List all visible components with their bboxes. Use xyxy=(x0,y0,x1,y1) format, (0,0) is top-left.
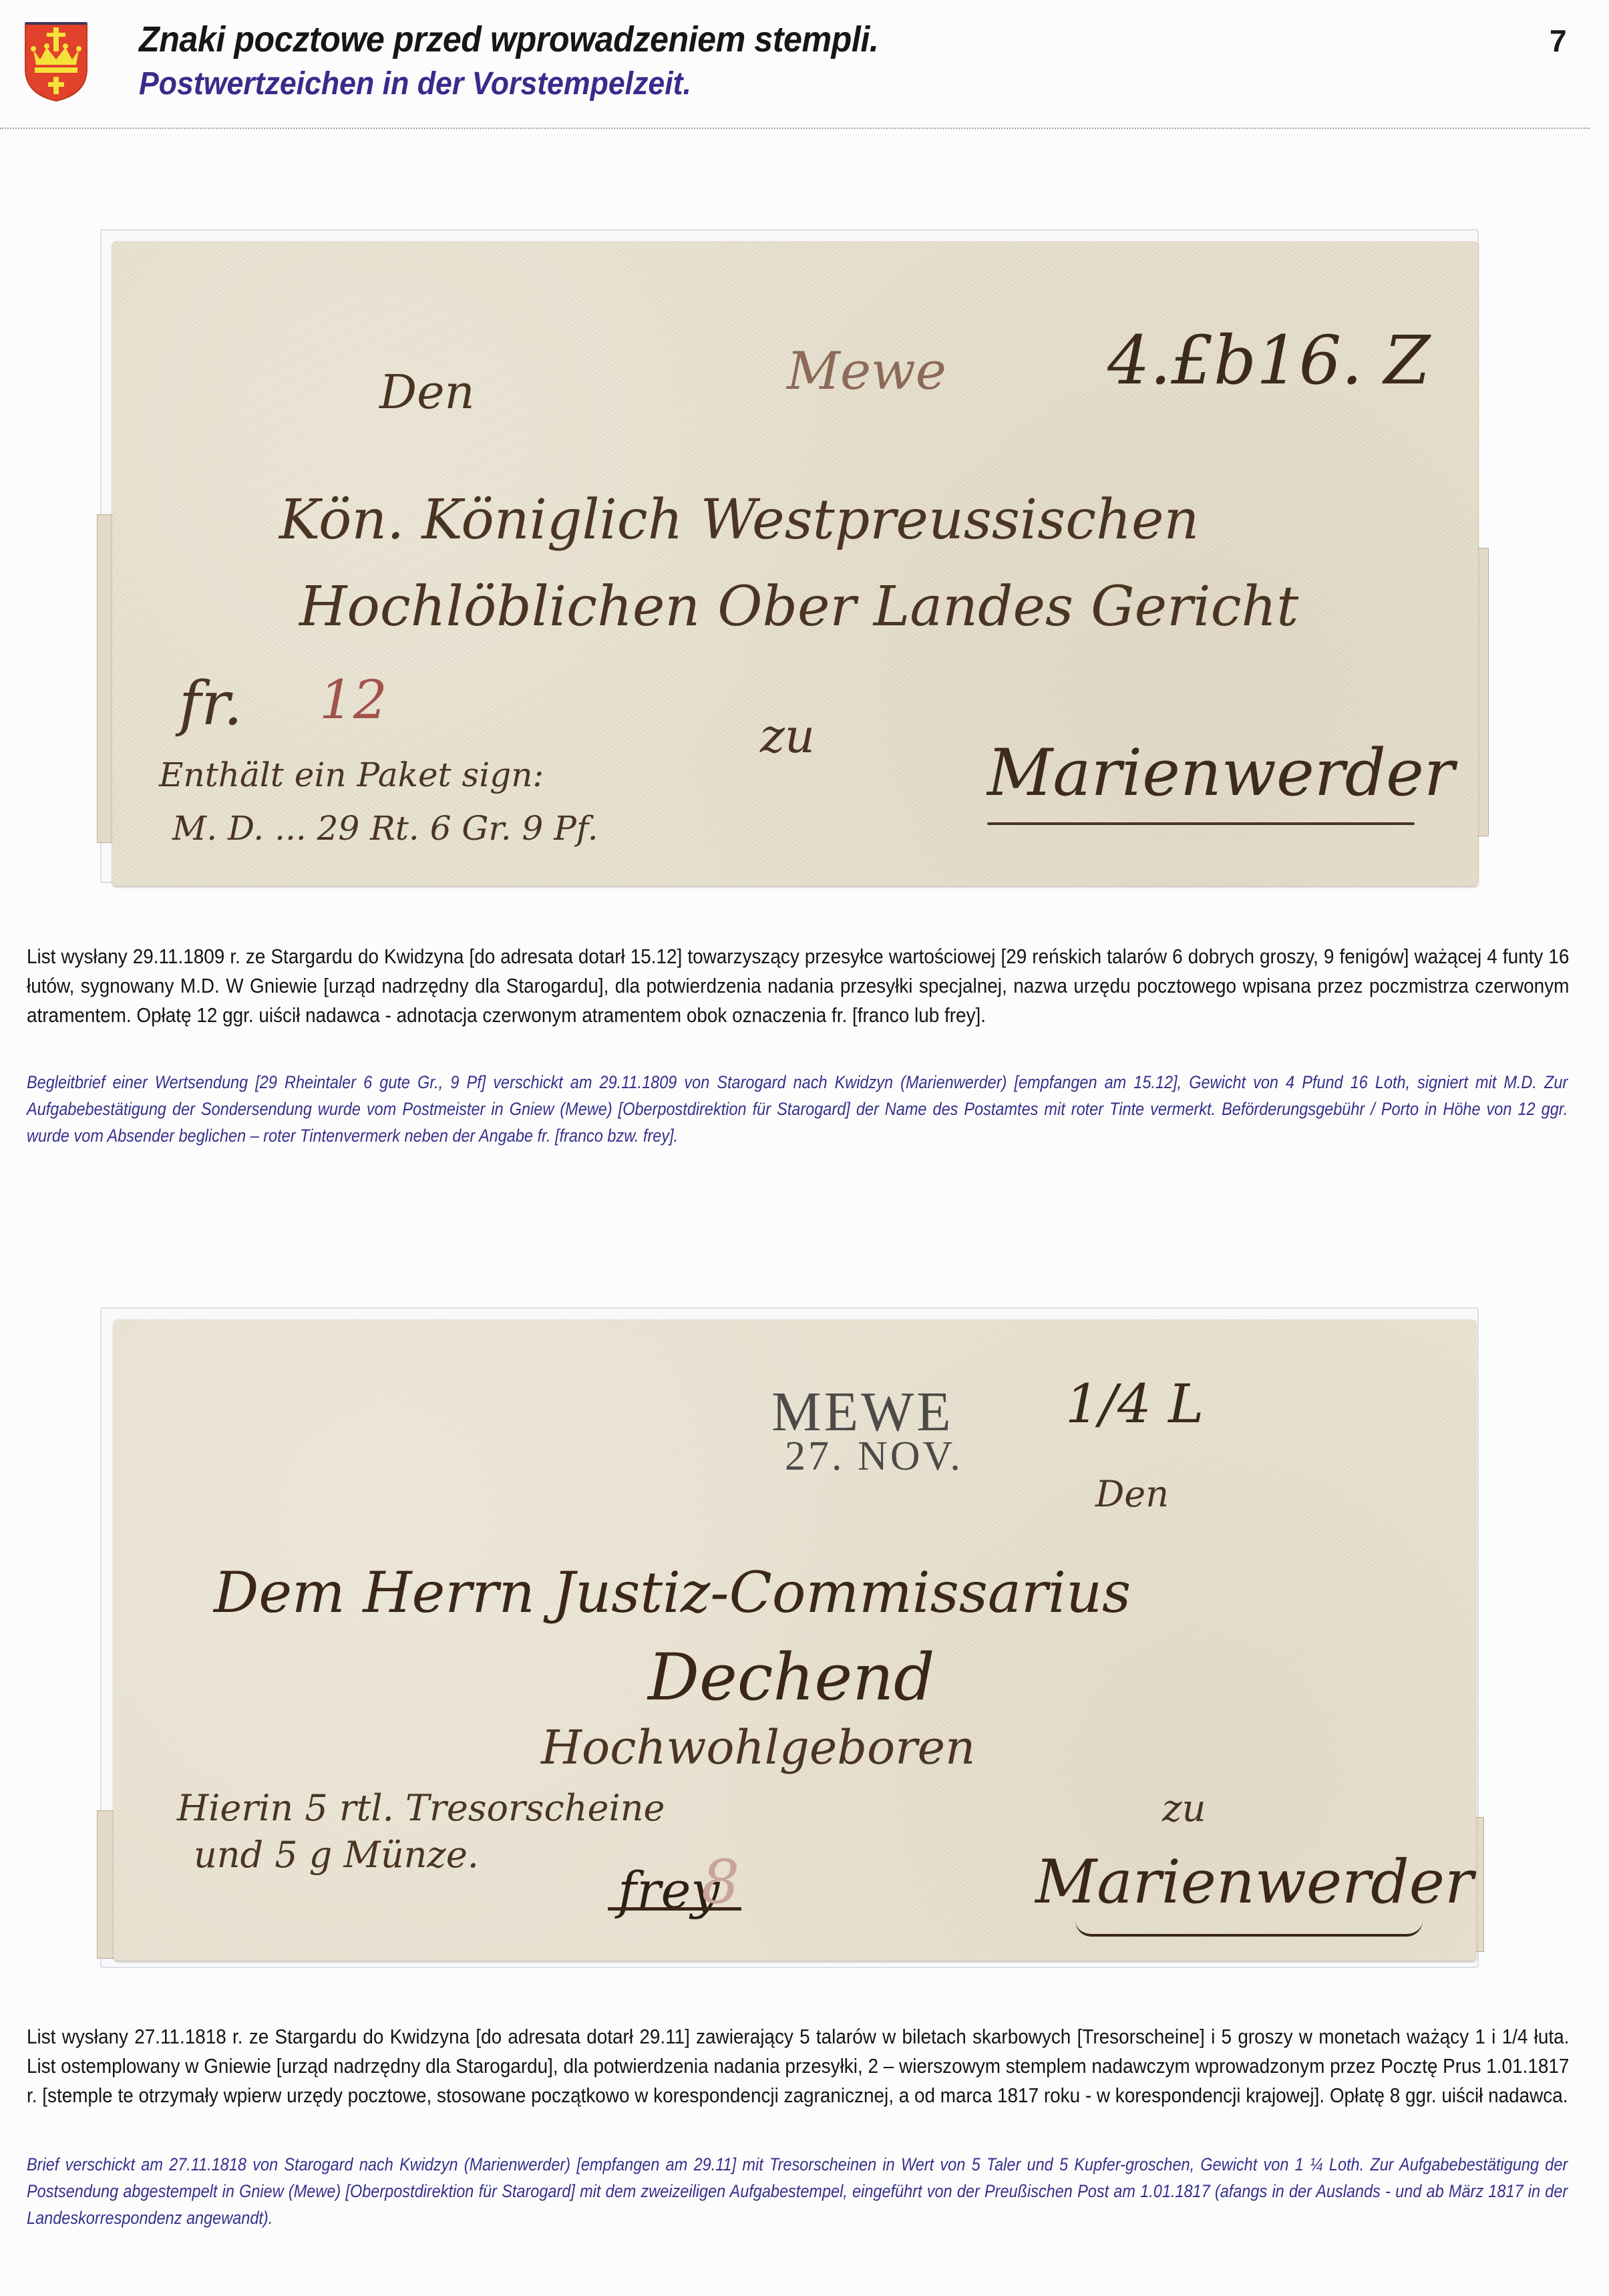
red-rate-mark: 8 xyxy=(701,1847,739,1917)
addressee-name: Dechend xyxy=(648,1640,934,1715)
address-line-1: Dem Herrn Justiz-Commissarius xyxy=(214,1560,1131,1625)
caption-german-1: Begleitbrief einer Wertsendung [29 Rhein… xyxy=(27,1069,1568,1149)
destination-flourish xyxy=(1075,1921,1423,1937)
content-note-2: und 5 g Münze. xyxy=(194,1834,479,1876)
destination: Marienwerder xyxy=(1035,1847,1473,1917)
address-line-3: Hochwohlgeboren xyxy=(541,1720,975,1775)
caption-german-2: Brief verschickt am 27.11.1818 von Staro… xyxy=(27,2151,1568,2231)
weight-note: 4.£b16. Z xyxy=(1107,321,1430,399)
zu-mark: zu xyxy=(1162,1787,1206,1830)
page-number: 7 xyxy=(1550,23,1567,59)
page-subtitle: Postwertzeichen in der Vorstempelzeit. xyxy=(139,65,691,102)
red-office-annotation: Mewe xyxy=(787,341,946,401)
destination: Marienwerder xyxy=(987,735,1455,810)
letter-cover-1809: 4.£b16. Z Mewe Den Kön. Königlich Westpr… xyxy=(112,241,1478,886)
weight-note: 1/4 L xyxy=(1065,1373,1204,1435)
page-title: Znaki pocztowe przed wprowadzeniem stemp… xyxy=(139,19,878,60)
content-note-1: Enthält ein Paket sign: xyxy=(159,756,544,794)
caption-polish-1: List wysłany 29.11.1809 r. ze Stargardu … xyxy=(27,942,1569,1030)
salutation-mark: Den xyxy=(1095,1473,1169,1515)
caption-polish-2: List wysłany 27.11.1818 r. ze Stargardu … xyxy=(27,2022,1569,2110)
red-rate-mark: 12 xyxy=(319,669,387,731)
franking-mark: fr. xyxy=(179,669,242,739)
content-note-1: Hierin 5 rtl. Tresorscheine xyxy=(177,1787,665,1829)
page-header: Znaki pocztowe przed wprowadzeniem stemp… xyxy=(0,0,1609,134)
coat-of-arms-icon xyxy=(24,22,88,102)
salutation: Den xyxy=(379,365,475,420)
destination-underline xyxy=(987,822,1415,825)
address-line-1: Kön. Königlich Westpreussischen xyxy=(279,488,1199,552)
address-line-2: Hochlöblichen Ober Landes Gericht xyxy=(299,575,1298,639)
zu-mark: zu xyxy=(760,709,815,764)
content-note-2: M. D. ... 29 Rt. 6 Gr. 9 Pf. xyxy=(172,809,598,848)
letter-cover-1818: MEWE 27. NOV. 1/4 L Den Dem Herrn Justiz… xyxy=(114,1319,1476,1961)
postmark-line-2: 27. NOV. xyxy=(785,1433,963,1480)
header-divider xyxy=(0,128,1590,129)
